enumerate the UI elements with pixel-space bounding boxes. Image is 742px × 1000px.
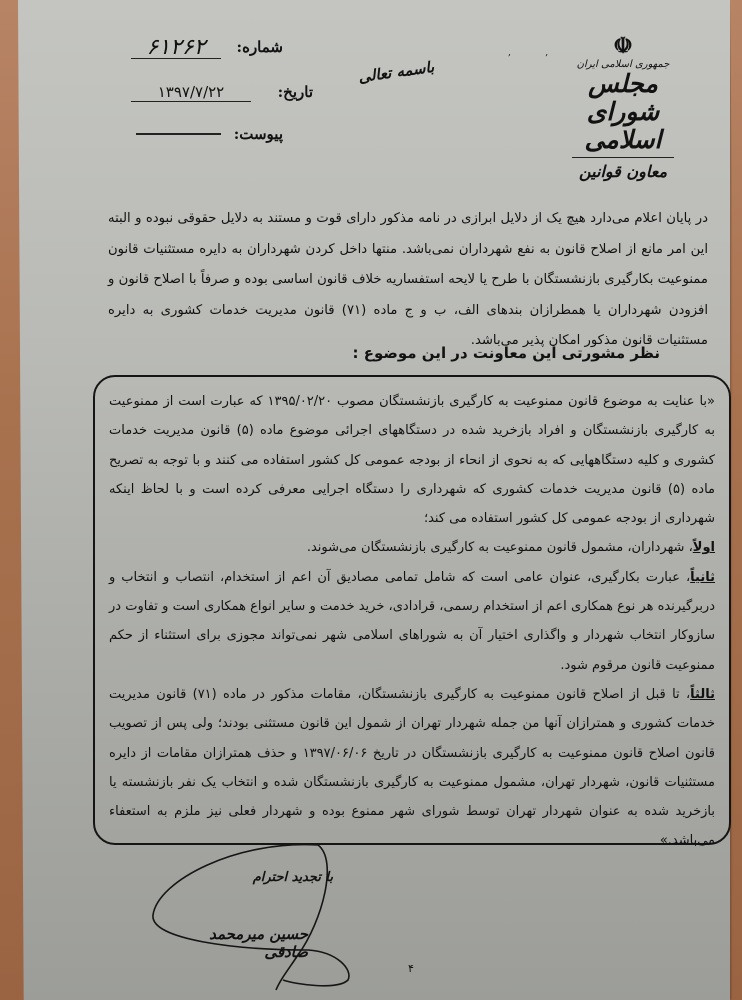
opinion-point-third: ثالثاً، تا قبل از اصلاح قانون ممنوعیت به… [109,680,715,856]
third-text: ، تا قبل از اصلاح قانون ممنوعیت به کارگی… [109,687,715,848]
letter-date-field: تاریخ: ۱۳۹۷/۷/۲۲ [113,83,313,105]
opinion-heading: نظر مشورتی این معاونت در این موضوع : [353,344,660,362]
opinion-text: «با عنایت به موضوع قانون ممنوعیت به کارگ… [109,387,715,856]
signer-name: حسین میرمحمد صادقی [168,925,308,961]
letter-date-value: ۱۳۹۷/۷/۲۲ [131,83,251,102]
first-text: ، شهرداران، مشمول قانون ممنوعیت به کارگی… [307,540,693,555]
page-number: ۴ [408,962,414,975]
first-label: اولاً [693,540,715,555]
third-label: ثالثاً [690,687,715,702]
letter-number-label: شماره: [223,38,283,56]
signature-block: با تجدید احترام حسین میرمحمد صادقی [168,870,368,990]
letter-number-value: ۶۱۲۶۲ [131,38,221,59]
letterhead-divider [572,157,674,158]
basmala-motto: باسمه تعالی [357,58,435,86]
attachment-label: پیوست: [223,125,283,143]
letter-date-label: تاریخ: [253,83,313,101]
attachment-field: پیوست: [113,125,283,145]
letter-paper: ‚ ‚ شماره: ۶۱۲۶۲ تاریخ: ۱۳۹۷/۷/۲۲ پیوست:… [18,0,730,1000]
iran-emblem-icon: ☫ [568,35,678,57]
ink-specks: ‚ ‚ [508,48,548,58]
signature-scribble-icon [148,840,378,1000]
opinion-box: «با عنایت به موضوع قانون ممنوعیت به کارگ… [93,375,731,845]
opinion-point-first: اولاً، شهرداران، مشمول قانون ممنوعیت به … [109,533,715,562]
intro-paragraph: در پایان اعلام می‌دارد هیچ یک از دلایل ا… [108,204,708,357]
closing-phrase: با تجدید احترام [253,870,333,885]
opinion-point-second: ثانیاً، عبارت بکارگیری، عنوان عامی است ک… [109,563,715,680]
opinion-preamble: «با عنایت به موضوع قانون ممنوعیت به کارگ… [109,387,715,533]
parliament-name: مجلس شورای اسلامی [568,70,678,154]
parliament-letterhead: ☫ جمهوری اسلامی ایران مجلس شورای اسلامی … [568,35,678,181]
attachment-value [136,125,221,135]
second-label: ثانیاً [690,570,715,585]
office-name: معاون قوانین [568,162,678,181]
letter-number-field: شماره: ۶۱۲۶۲ [113,38,283,62]
second-text: ، عبارت بکارگیری، عنوان عامی است که شامل… [109,570,715,673]
